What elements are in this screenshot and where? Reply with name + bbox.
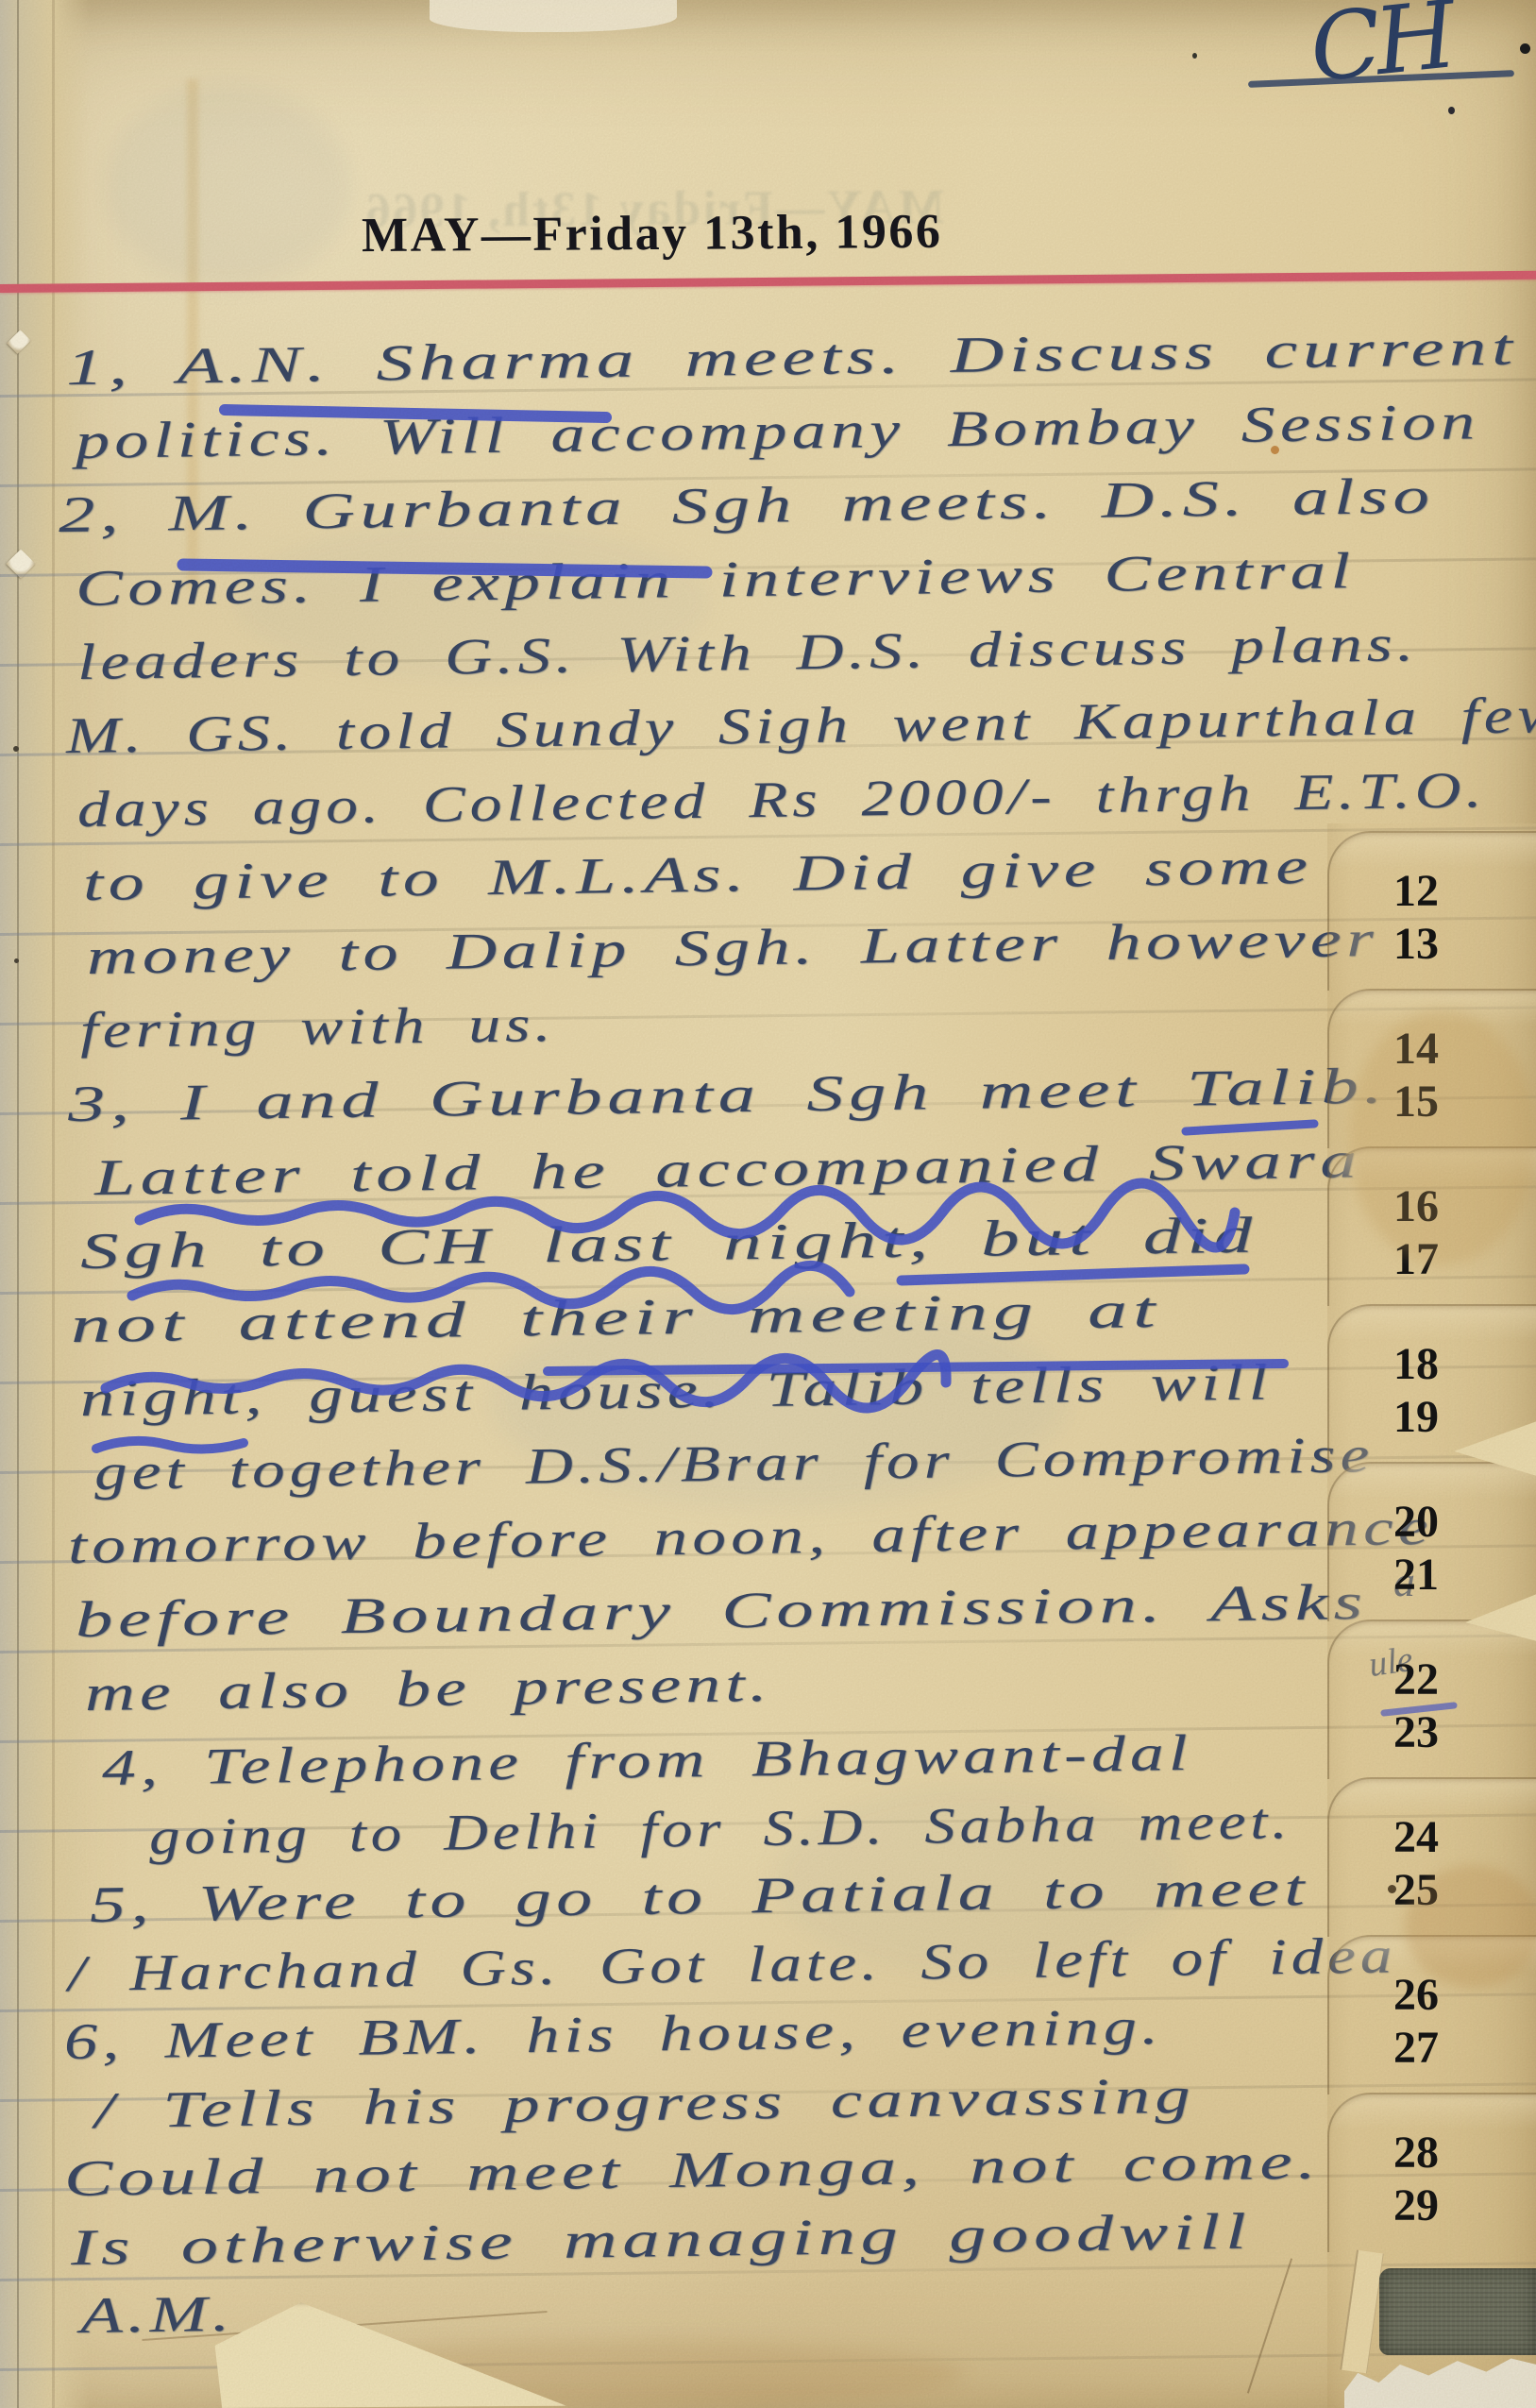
diary-page-scan: MAY—Friday 13th, 1966 MAY—Friday 13th, 1…: [0, 0, 1536, 2408]
paper-texture: [0, 0, 1536, 2408]
